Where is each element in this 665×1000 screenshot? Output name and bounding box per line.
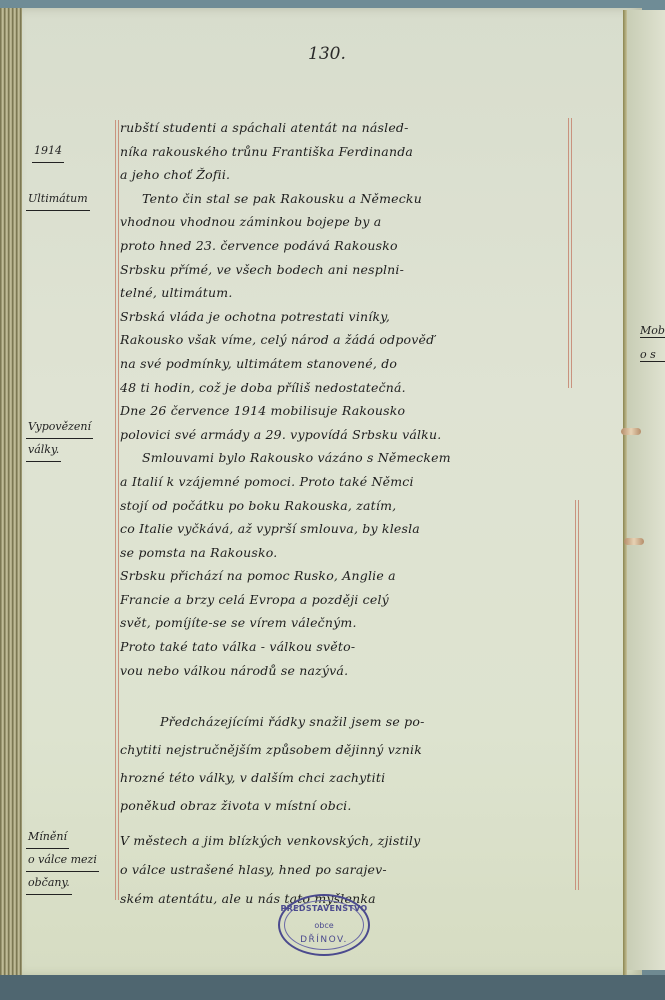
text-line: Smlouvami bylo Rakousko vázáno s Německe… bbox=[120, 446, 568, 470]
text-line: rubští studenti a spáchali atentát na ná… bbox=[120, 116, 568, 140]
text-line: Předcházejícími řádky snažil jsem se po- bbox=[120, 708, 568, 736]
side-note-line: Ultimátum bbox=[26, 188, 90, 211]
side-note-line: občany. bbox=[26, 872, 72, 895]
text-line: Srbsku přichází na pomoc Rusko, Anglie a bbox=[120, 564, 568, 588]
side-note-line: Vypovězení bbox=[26, 416, 93, 439]
text-line: a Italií k vzájemné pomoci. Proto také N… bbox=[120, 470, 568, 494]
text-line: a jeho choť Žofii. bbox=[120, 163, 568, 187]
text-line: V městech a jim blízkých venkovských, zj… bbox=[120, 826, 568, 855]
page-number: 130. bbox=[308, 44, 346, 64]
side-note-mood: Mínění o válce mezi občany. bbox=[26, 826, 114, 895]
binding-string bbox=[624, 538, 644, 545]
side-note-line: 1914 bbox=[32, 140, 64, 163]
right-margin-rule-lower bbox=[575, 500, 579, 890]
background-bottom bbox=[0, 975, 665, 1000]
left-margin-rule bbox=[115, 120, 119, 900]
text-line: Dne 26 července 1914 mobilisuje Rakousko bbox=[120, 399, 568, 423]
text-line: se pomsta na Rakousko. bbox=[120, 541, 568, 565]
side-note-line: Mínění bbox=[26, 826, 69, 849]
text-line: Tento čin stal se pak Rakousku a Německu bbox=[120, 187, 568, 211]
text-line: polovici své armády a 29. vypovídá Srbsk… bbox=[120, 423, 568, 447]
text-line: níka rakouského trůnu Františka Ferdinan… bbox=[120, 140, 568, 164]
text-line: na své podmínky, ultimátem stanovené, do bbox=[120, 352, 568, 376]
text-line: Rakousko však víme, celý národ a žádá od… bbox=[120, 328, 568, 352]
municipal-stamp: PŘEDSTAVENSTVO obce DŘÍNOV. bbox=[278, 894, 370, 956]
text-line: vou nebo válkou národů se nazývá. bbox=[120, 659, 568, 683]
stamp-middle-text: obce bbox=[280, 921, 368, 930]
right-margin-rule-upper bbox=[568, 118, 572, 388]
side-note-line: o válce mezi bbox=[26, 849, 99, 872]
text-line: chytiti nejstručnějším způsobem dějinný … bbox=[120, 736, 568, 764]
text-line: svět, pomíjíte-se se vírem válečným. bbox=[120, 611, 568, 635]
stamp-bottom-text: DŘÍNOV. bbox=[280, 935, 368, 945]
facing-page-edge bbox=[627, 10, 665, 970]
stacked-page-edges bbox=[0, 8, 24, 983]
text-line: poněkud obraz života v místní obci. bbox=[120, 792, 568, 820]
text-line: Francie a brzy celá Evropa a později cel… bbox=[120, 588, 568, 612]
text-line: 48 ti hodin, což je doba příliš nedostat… bbox=[120, 376, 568, 400]
text-line: hrozné této války, v dalším chci zachyti… bbox=[120, 764, 568, 792]
text-line: Proto také tato válka - válkou světo- bbox=[120, 635, 568, 659]
text-line: proto hned 23. července podává Rakousko bbox=[120, 234, 568, 258]
binding-string bbox=[621, 428, 641, 435]
chronicle-text-block-2: Předcházejícími řádky snažil jsem se po-… bbox=[120, 708, 568, 820]
side-note-ultimatum: Ultimátum bbox=[26, 188, 114, 211]
stamp-top-text: PŘEDSTAVENSTVO bbox=[280, 904, 368, 913]
text-line: co Italie vyčkává, až vyprší smlouva, by… bbox=[120, 517, 568, 541]
side-note-line: války. bbox=[26, 439, 61, 462]
text-line: o válce ustrašené hlasy, hned po sarajev… bbox=[120, 855, 568, 884]
text-line: Srbská vláda je ochotna potrestati viník… bbox=[120, 305, 568, 329]
text-line: Srbsku přímé, ve všech bodech ani nespln… bbox=[120, 258, 568, 282]
side-note-declaration: Vypovězení války. bbox=[26, 416, 114, 462]
text-line: vhodnou vhodnou záminkou bojepe by a bbox=[120, 210, 568, 234]
text-line: telné, ultimátum. bbox=[120, 281, 568, 305]
facing-page-note: Mob bbox=[640, 324, 665, 338]
text-line: stojí od počátku po boku Rakouska, zatím… bbox=[120, 494, 568, 518]
chronicle-text-block-1: rubští studenti a spáchali atentát na ná… bbox=[120, 116, 568, 682]
facing-page-note: o s bbox=[640, 348, 665, 362]
side-note-year: 1914 bbox=[32, 140, 120, 163]
